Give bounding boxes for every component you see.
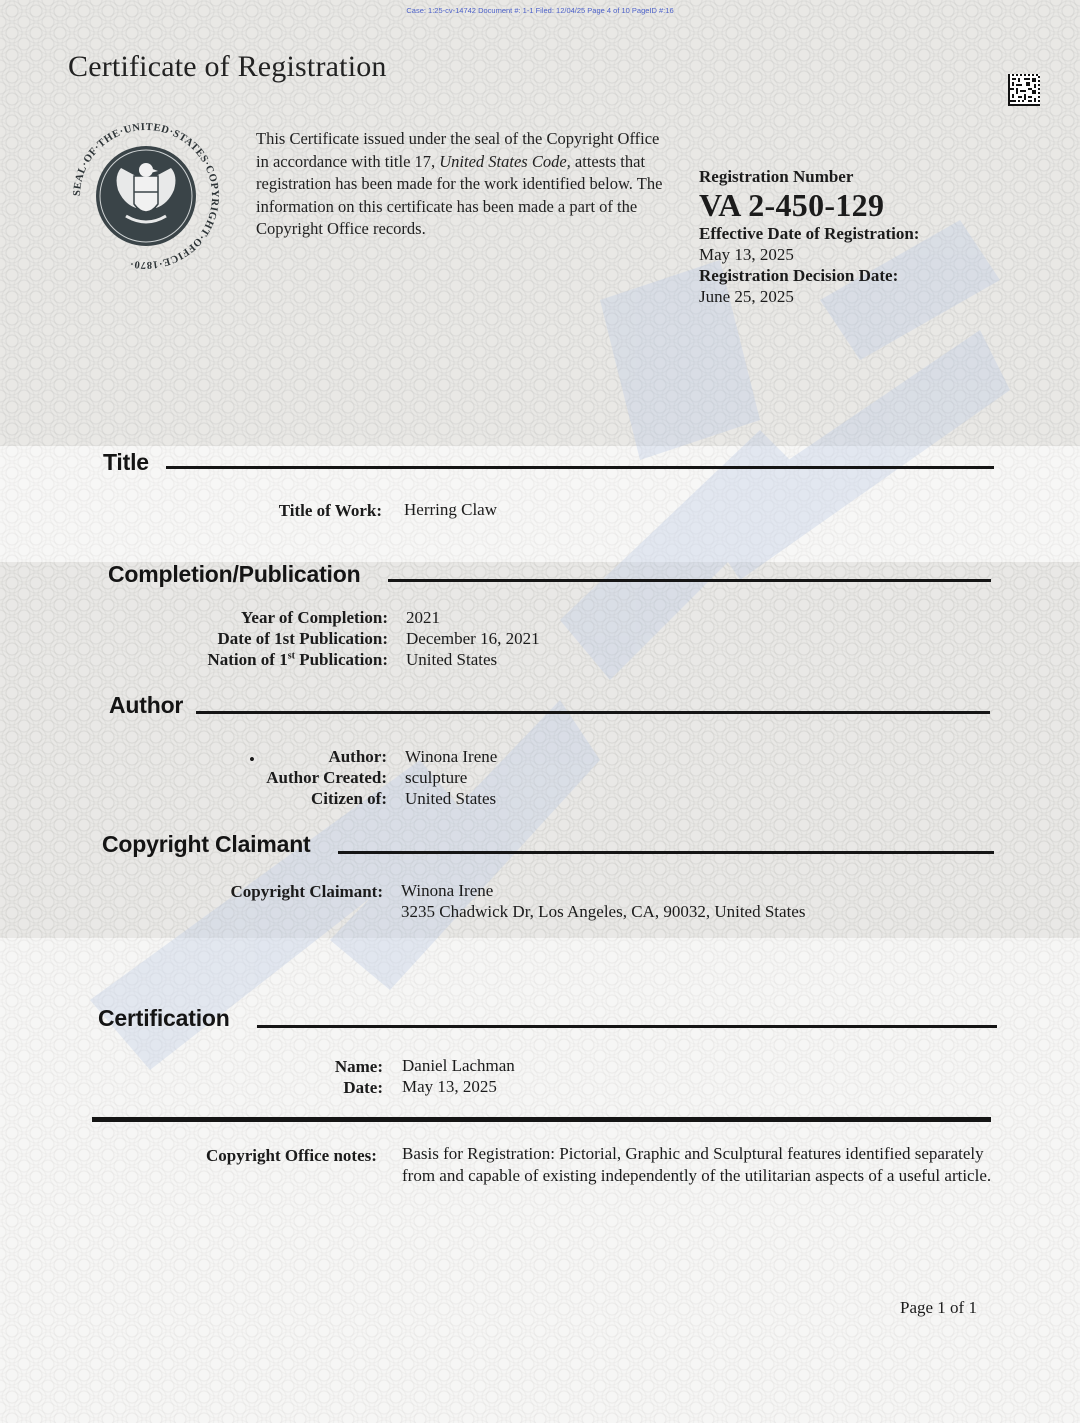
decision-date-label: Registration Decision Date: bbox=[699, 265, 999, 286]
effective-date-label: Effective Date of Registration: bbox=[699, 223, 999, 244]
intro-italic-text: United States Code, bbox=[439, 152, 571, 171]
section-heading-certification: Certification bbox=[98, 1005, 230, 1032]
year-of-completion-value: 2021 bbox=[406, 607, 540, 628]
section-rule bbox=[338, 851, 994, 854]
field-label: Copyright Claimant: bbox=[230, 881, 383, 902]
certificate-intro-text: This Certificate issued under the seal o… bbox=[256, 128, 666, 241]
certificate-title: Certificate of Registration bbox=[68, 50, 387, 84]
field-label: Date of 1st Publication: bbox=[207, 628, 388, 649]
author-values: Winona Irene sculpture United States bbox=[405, 746, 497, 809]
section-heading-title: Title bbox=[103, 449, 149, 476]
field-label: Date: bbox=[335, 1077, 383, 1098]
label-part: Publication: bbox=[295, 650, 388, 669]
field-label: Author Created: bbox=[266, 767, 387, 788]
notes-label: Copyright Office notes: bbox=[206, 1146, 377, 1166]
certifier-name-value: Daniel Lachman bbox=[402, 1055, 515, 1076]
claimant-values: Winona Irene 3235 Chadwick Dr, Los Angel… bbox=[401, 880, 805, 922]
section-rule bbox=[257, 1025, 997, 1028]
certification-labels: Name: Date: bbox=[335, 1056, 383, 1098]
field-label: Citizen of: bbox=[266, 788, 387, 809]
section-heading-completion: Completion/Publication bbox=[108, 561, 360, 588]
completion-labels: Year of Completion: Date of 1st Publicat… bbox=[207, 607, 388, 670]
paper-band bbox=[0, 446, 1080, 562]
copyright-office-seal-icon: SEAL·OF·THE·UNITED·STATES·COPYRIGHT·OFFI… bbox=[66, 116, 226, 276]
datamatrix-code-icon bbox=[1008, 74, 1040, 106]
publication-nation-value: United States bbox=[406, 649, 540, 670]
claimant-address-value: 3235 Chadwick Dr, Los Angeles, CA, 90032… bbox=[401, 901, 805, 922]
citizenship-value: United States bbox=[405, 788, 497, 809]
author-name-value: Winona Irene bbox=[405, 746, 497, 767]
title-labels: Title of Work: bbox=[279, 500, 382, 521]
decision-date: June 25, 2025 bbox=[699, 286, 999, 307]
author-created-value: sculpture bbox=[405, 767, 497, 788]
title-values: Herring Claw bbox=[404, 499, 497, 520]
field-label: Nation of 1st Publication: bbox=[207, 649, 388, 670]
claimant-labels: Copyright Claimant: bbox=[230, 881, 383, 902]
certification-values: Daniel Lachman May 13, 2025 bbox=[402, 1055, 515, 1097]
notes-text: Basis for Registration: Pictorial, Graph… bbox=[402, 1143, 1002, 1186]
list-bullet: • bbox=[249, 750, 255, 770]
completion-values: 2021 December 16, 2021 United States bbox=[406, 607, 540, 670]
title-of-work-value: Herring Claw bbox=[404, 499, 497, 520]
field-label: Title of Work: bbox=[279, 500, 382, 521]
section-rule bbox=[388, 579, 991, 582]
page-number: Page 1 of 1 bbox=[900, 1298, 977, 1318]
author-labels: Author: Author Created: Citizen of: bbox=[266, 746, 387, 809]
registration-number: VA 2-450-129 bbox=[699, 187, 999, 223]
certification-date-value: May 13, 2025 bbox=[402, 1076, 515, 1097]
label-part: Nation of 1 bbox=[207, 650, 287, 669]
section-heading-claimant: Copyright Claimant bbox=[102, 831, 311, 858]
section-heading-author: Author bbox=[109, 692, 183, 719]
section-rule bbox=[196, 711, 990, 714]
publication-date-value: December 16, 2021 bbox=[406, 628, 540, 649]
field-label: Name: bbox=[335, 1056, 383, 1077]
section-divider bbox=[92, 1117, 991, 1122]
registration-block: Registration Number VA 2-450-129 Effecti… bbox=[699, 166, 999, 307]
field-label: Author: bbox=[266, 746, 387, 767]
field-label: Year of Completion: bbox=[207, 607, 388, 628]
section-rule bbox=[166, 466, 994, 469]
effective-date: May 13, 2025 bbox=[699, 244, 999, 265]
label-superscript: st bbox=[288, 650, 295, 661]
registration-number-label: Registration Number bbox=[699, 166, 999, 187]
bates-stamp: Case: 1:25-cv-14742 Document #: 1-1 File… bbox=[0, 6, 1080, 15]
claimant-name-value: Winona Irene bbox=[401, 880, 805, 901]
